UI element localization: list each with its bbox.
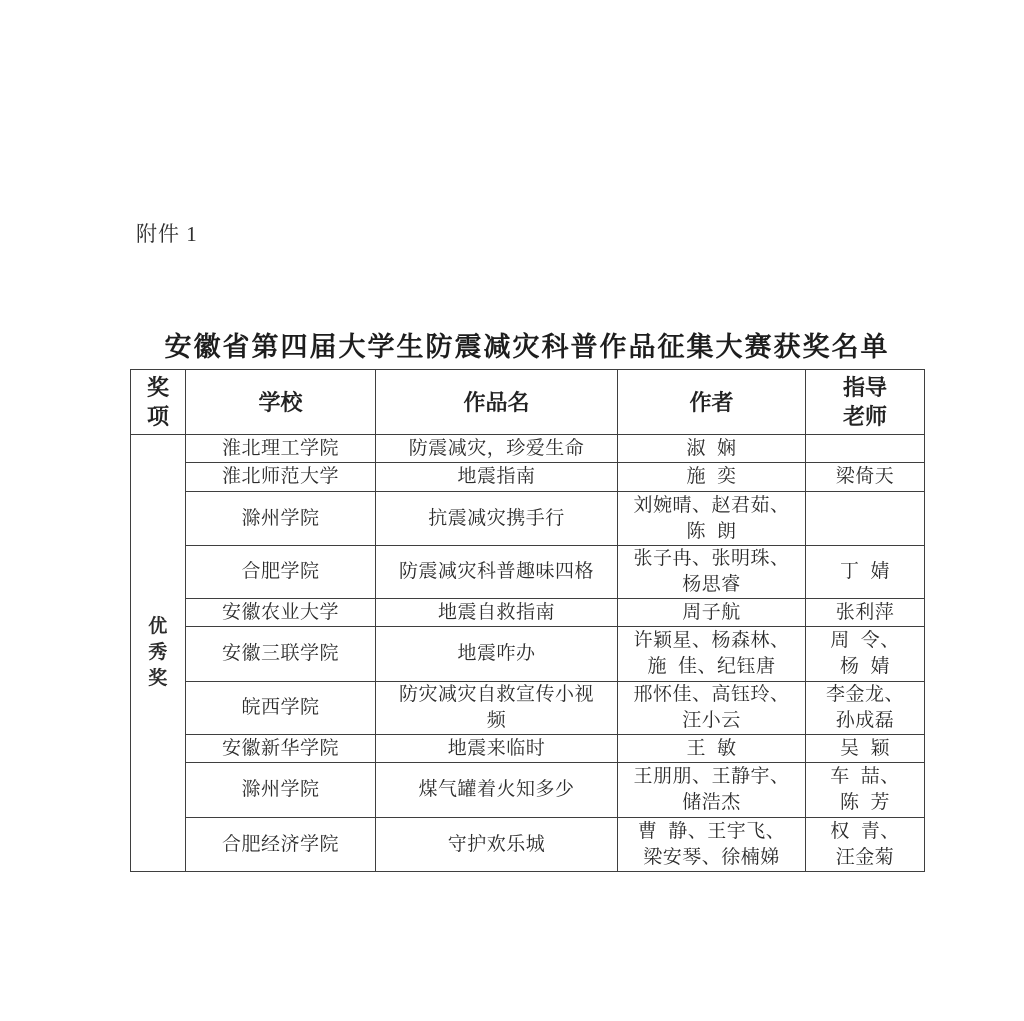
cell-school: 合肥经济学院 [186,818,376,872]
cell-teachers: 张利萍 [806,599,925,627]
award-category-cell: 优 秀 奖 [131,435,186,872]
column-header-school: 学校 [186,370,376,435]
cell-work: 防灾减灾自救宣传小视 频 [376,682,618,735]
table-row: 皖西学院 防灾减灾自救宣传小视 频 邢怀佳、高钰玲、 汪小云 李金龙、 孙成磊 [131,682,925,735]
cell-work: 地震指南 [376,463,618,492]
table-row: 合肥经济学院 守护欢乐城 曹 静、王宇飞、 梁安琴、徐楠娣 权 青、 汪金菊 [131,818,925,872]
cell-school: 淮北理工学院 [186,435,376,463]
attachment-label: 附件 1 [136,218,198,248]
table-row: 滁州学院 抗震减灾携手行 刘婉晴、赵君茹、 陈 朗 [131,492,925,546]
table-row: 安徽农业大学 地震自救指南 周子航 张利萍 [131,599,925,627]
column-header-teachers: 指导 老师 [806,370,925,435]
cell-teachers: 丁 婧 [806,546,925,599]
cell-teachers: 权 青、 汪金菊 [806,818,925,872]
cell-teachers [806,435,925,463]
cell-work: 抗震减灾携手行 [376,492,618,546]
cell-authors: 淑 娴 [618,435,806,463]
cell-authors: 王朋朋、王静宇、 储浩杰 [618,763,806,818]
cell-work: 守护欢乐城 [376,818,618,872]
cell-authors: 王 敏 [618,735,806,763]
cell-authors: 刘婉晴、赵君茹、 陈 朗 [618,492,806,546]
cell-authors: 张子冉、张明珠、 杨思睿 [618,546,806,599]
cell-authors: 许颖星、杨森林、 施 佳、纪钰唐 [618,627,806,682]
table-row: 淮北师范大学 地震指南 施 奕 梁倚天 [131,463,925,492]
page-title: 安徽省第四届大学生防震减灾科普作品征集大赛获奖名单 [115,325,939,364]
cell-work: 防震减灾科普趣味四格 [376,546,618,599]
cell-teachers [806,492,925,546]
cell-school: 安徽新华学院 [186,735,376,763]
cell-school: 合肥学院 [186,546,376,599]
cell-school: 安徽三联学院 [186,627,376,682]
column-header-work: 作品名 [376,370,618,435]
table-row: 优 秀 奖 淮北理工学院 防震减灾，珍爱生命 淑 娴 [131,435,925,463]
table-header-row: 奖 项 学校 作品名 作者 指导 老师 [131,370,925,435]
document-page: 附件 1 安徽省第四届大学生防震减灾科普作品征集大赛获奖名单 奖 项 学校 作品… [0,0,1024,1021]
cell-school: 皖西学院 [186,682,376,735]
cell-school: 淮北师范大学 [186,463,376,492]
cell-authors: 施 奕 [618,463,806,492]
cell-teachers: 周 令、 杨 婧 [806,627,925,682]
cell-teachers: 李金龙、 孙成磊 [806,682,925,735]
cell-school: 滁州学院 [186,763,376,818]
table-row: 安徽三联学院 地震咋办 许颖星、杨森林、 施 佳、纪钰唐 周 令、 杨 婧 [131,627,925,682]
awards-table: 奖 项 学校 作品名 作者 指导 老师 优 秀 奖 淮北理工学院 防震减灾，珍爱… [130,369,925,872]
cell-work: 地震咋办 [376,627,618,682]
cell-school: 安徽农业大学 [186,599,376,627]
cell-authors: 曹 静、王宇飞、 梁安琴、徐楠娣 [618,818,806,872]
cell-teachers: 车 喆、 陈 芳 [806,763,925,818]
table-row: 安徽新华学院 地震来临时 王 敏 吴 颖 [131,735,925,763]
table-row: 合肥学院 防震减灾科普趣味四格 张子冉、张明珠、 杨思睿 丁 婧 [131,546,925,599]
cell-school: 滁州学院 [186,492,376,546]
cell-authors: 邢怀佳、高钰玲、 汪小云 [618,682,806,735]
cell-work: 地震自救指南 [376,599,618,627]
cell-work: 防震减灾，珍爱生命 [376,435,618,463]
column-header-authors: 作者 [618,370,806,435]
cell-work: 煤气罐着火知多少 [376,763,618,818]
table-row: 滁州学院 煤气罐着火知多少 王朋朋、王静宇、 储浩杰 车 喆、 陈 芳 [131,763,925,818]
column-header-award: 奖 项 [131,370,186,435]
cell-authors: 周子航 [618,599,806,627]
cell-teachers: 梁倚天 [806,463,925,492]
cell-work: 地震来临时 [376,735,618,763]
cell-teachers: 吴 颖 [806,735,925,763]
